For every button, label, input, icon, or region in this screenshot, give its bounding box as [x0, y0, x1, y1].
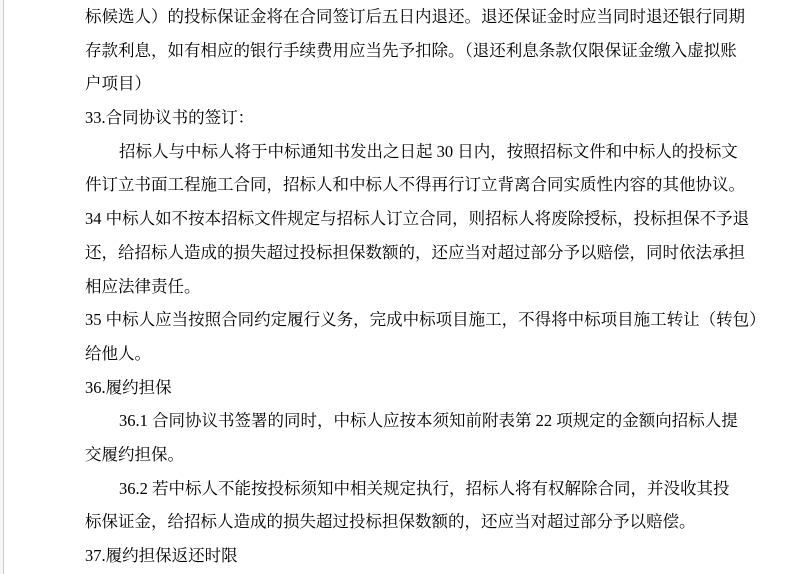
clause-36-2-line: 36.2 若中标人不能按投标须知中相关规定执行，招标人将有权解除合同，并没收其投 [85, 472, 775, 506]
text-line: 件订立书面工程施工合同，招标人和中标人不得再行订立背离合同实质性内容的其他协议。 [85, 168, 775, 202]
text-line: 标保证金，给招标人造成的损失超过投标担保数额的，还应当对超过部分予以赔偿。 [85, 505, 775, 539]
clause-36-1-line: 36.1 合同协议书签署的同时，中标人应按本须知前附表第 22 项规定的金额向招… [85, 404, 775, 438]
text-line: 相应法律责任。 [85, 270, 775, 304]
text-line: 给他人。 [85, 337, 775, 371]
text-line: 户项目） [85, 67, 775, 101]
section-heading-33: 33.合同协议书的签订： [85, 101, 775, 135]
section-heading-36: 36.履约担保 [85, 371, 775, 405]
text-line: 交履约担保。 [85, 438, 775, 472]
section-heading-37: 37.履约担保返还时限 [85, 539, 775, 573]
text-line: 标候选人）的投标保证金将在合同签订后五日内退还。退还保证金时应当同时退还银行同期 [85, 0, 775, 34]
document-page: 标候选人）的投标保证金将在合同签订后五日内退还。退还保证金时应当同时退还银行同期… [85, 0, 775, 573]
text-line: 存款利息，如有相应的银行手续费用应当先予扣除。（退还利息条款仅限保证金缴入虚拟账 [85, 34, 775, 68]
page-edge-line [3, 0, 4, 574]
text-line: 还，给招标人造成的损失超过投标担保数额的，还应当对超过部分予以赔偿，同时依法承担 [85, 236, 775, 270]
text-line: 招标人与中标人将于中标通知书发出之日起 30 日内，按照招标文件和中标人的投标文 [85, 135, 775, 169]
section-34-line: 34 中标人如不按本招标文件规定与招标人订立合同，则招标人将废除授标，投标担保不… [85, 202, 775, 236]
section-35-line: 35 中标人应当按照合同约定履行义务，完成中标项目施工，不得将中标项目施工转让（… [85, 303, 775, 337]
